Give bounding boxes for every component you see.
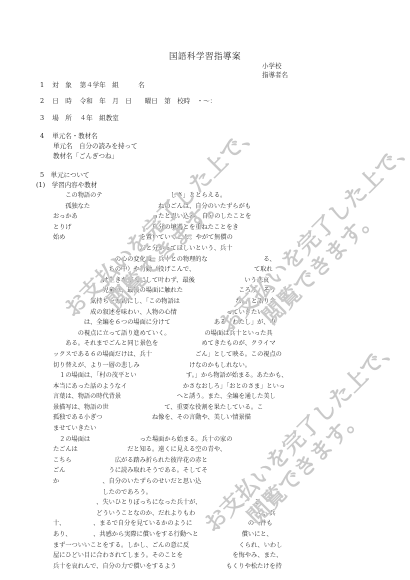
section5-sub: (1) 学習内容や教材 <box>36 180 97 189</box>
text-line: 屋にひどい目に合わされてしまう。そのことを を悔やみ、また、 <box>53 551 361 562</box>
text-line: この物語のテ しさ」ととらえる。 <box>53 191 361 202</box>
teacher-label: 指導者名 <box>262 71 288 80</box>
item-number: 4 <box>40 132 44 140</box>
item-value: ４年 組教室 <box>80 114 119 122</box>
text-line: １の場面は、「村の茂平とい す。」から物語が始まる。あたかも、 <box>53 371 361 382</box>
page-title: 国語科学習指導案 <box>0 50 410 62</box>
body-paragraphs: この物語のテ しさ」ととらえる。 孤独なた ねのごんは、自分のいたずらがも おっ… <box>53 191 361 572</box>
item-number: 3 <box>40 114 44 122</box>
text-line: 十、 、まるで自分を見ているかのように の一件も <box>53 519 361 530</box>
text-line: 孤独である小ぎつ ね像を、その言動や、美しい情景描 <box>53 413 361 424</box>
item-value: 第４学年 組 名 <box>80 81 145 89</box>
text-line: したのであろう。 <box>53 488 361 499</box>
text-line: ちの中）や行動（投げこんで、 て取れ <box>53 265 361 276</box>
text-line: 気持ちを大切にし、「この物語は な。」と語り合 <box>53 297 361 308</box>
text-line: は生きながらにして叶わず、最後 いう悲哀 <box>53 276 361 287</box>
section5-heading: 5 単元について <box>40 170 90 179</box>
text-line: の視点に立って語り進めていく。 の場面は兵十といった具 <box>53 329 361 340</box>
item-value: 令和 年 月 日 曜日 第 校時 ・～： <box>80 97 217 105</box>
item-place: 3 場 所 ４年 組教室 <box>40 113 125 122</box>
document-page: 国語科学習指導案 小学校 指導者名 1 対 象 第４学年 組 名 2 日 時 令… <box>0 0 410 580</box>
text-line: 孤独なた ねのごんは、自分のいたずらがも <box>53 202 361 213</box>
text-line: ２の場面は った場面から始まる。兵十の家の <box>53 435 361 446</box>
material-name-line: 教材名「ごんぎつね」 <box>53 151 118 160</box>
item-label: 単元名・教材名 <box>52 132 98 140</box>
text-line: どういうことなのか、だれよりもわ く、兵 <box>53 509 361 520</box>
text-line: ックスである６の場面だけは、兵十 ごん」として映る。この視点の <box>53 350 361 361</box>
text-line: は、全編を６つの場面に分けて ある「わたし」が、中 <box>53 318 361 329</box>
text-line: ある。それまでごんと同じ景色を めてきたものが、クライマ <box>53 339 361 350</box>
item-label: 日 時 <box>52 97 72 105</box>
text-line: 。児童は、最後の場面に触れた ころう。そう <box>53 286 361 297</box>
text-line: だと分かってほしいという、兵十 <box>53 244 361 255</box>
item-target: 1 対 象 第４学年 組 名 <box>40 80 151 89</box>
text-line: たごんは だと知る。遠くに見える空の青や、 <box>53 445 361 456</box>
text-line: とりげ 、自分の境遇とを重ねたことをき <box>53 223 361 234</box>
text-line: ませていきたい <box>53 424 361 435</box>
text-line: の心の変化は、兵十との物理的な る、 <box>53 255 361 266</box>
unit-name-line: 単元名 自分の読みを持って <box>53 141 138 150</box>
text-line: 切り替えが、より一層の悲しみ けなのかもしれない。 <box>53 361 361 372</box>
text-line: 始め を置いていくごん。やがて無償の <box>53 233 361 244</box>
school-label: 小学校 <box>262 62 288 71</box>
text-line: 成の叙述を味わい、人物の心情 っていきたい。 <box>53 308 361 319</box>
text-line: 、失いひとりぼっちになった兵十が、 る。 <box>53 498 361 509</box>
text-line: 兵十を哀れんで、自分の力で償いをするよう もくりや松たけを持 <box>53 562 361 573</box>
item-label: 場 所 <box>52 114 72 122</box>
text-line: 景描写は、物語の世 て、重要な役割を果たしている。こ <box>53 403 361 414</box>
item-unit: 4 単元名・教材名 <box>40 131 104 140</box>
text-line: おっかあ ったと思い込み、自分のしたことを <box>53 212 361 223</box>
text-line: 言葉は、物語の時代背景 へと誘う。また、全編を通した美し <box>53 392 361 403</box>
text-line: こちら 広がる踏み折られた彼岸花の赤と <box>53 456 361 467</box>
text-line: ごん うに読み取れそうである。そしてそ <box>53 466 361 477</box>
item-number: 1 <box>40 81 44 89</box>
school-info: 小学校 指導者名 <box>262 62 288 80</box>
text-line: まず一ついいことをする。しかし、ごんの意に反 くられ、いわし <box>53 541 361 552</box>
item-label: 対 象 <box>52 81 72 89</box>
item-number: 2 <box>40 97 44 105</box>
text-line: あり、 、共感から実際に償いをする行動へと 償いにと、 <box>53 530 361 541</box>
text-line: か 、自分のいたずらのせいだと思い込 <box>53 477 361 488</box>
item-datetime: 2 日 時 令和 年 月 日 曜日 第 校時 ・～： <box>40 96 222 105</box>
text-line: 本当にあった話のようなイ かさなおしろ」「おとのさま」といっ <box>53 382 361 393</box>
